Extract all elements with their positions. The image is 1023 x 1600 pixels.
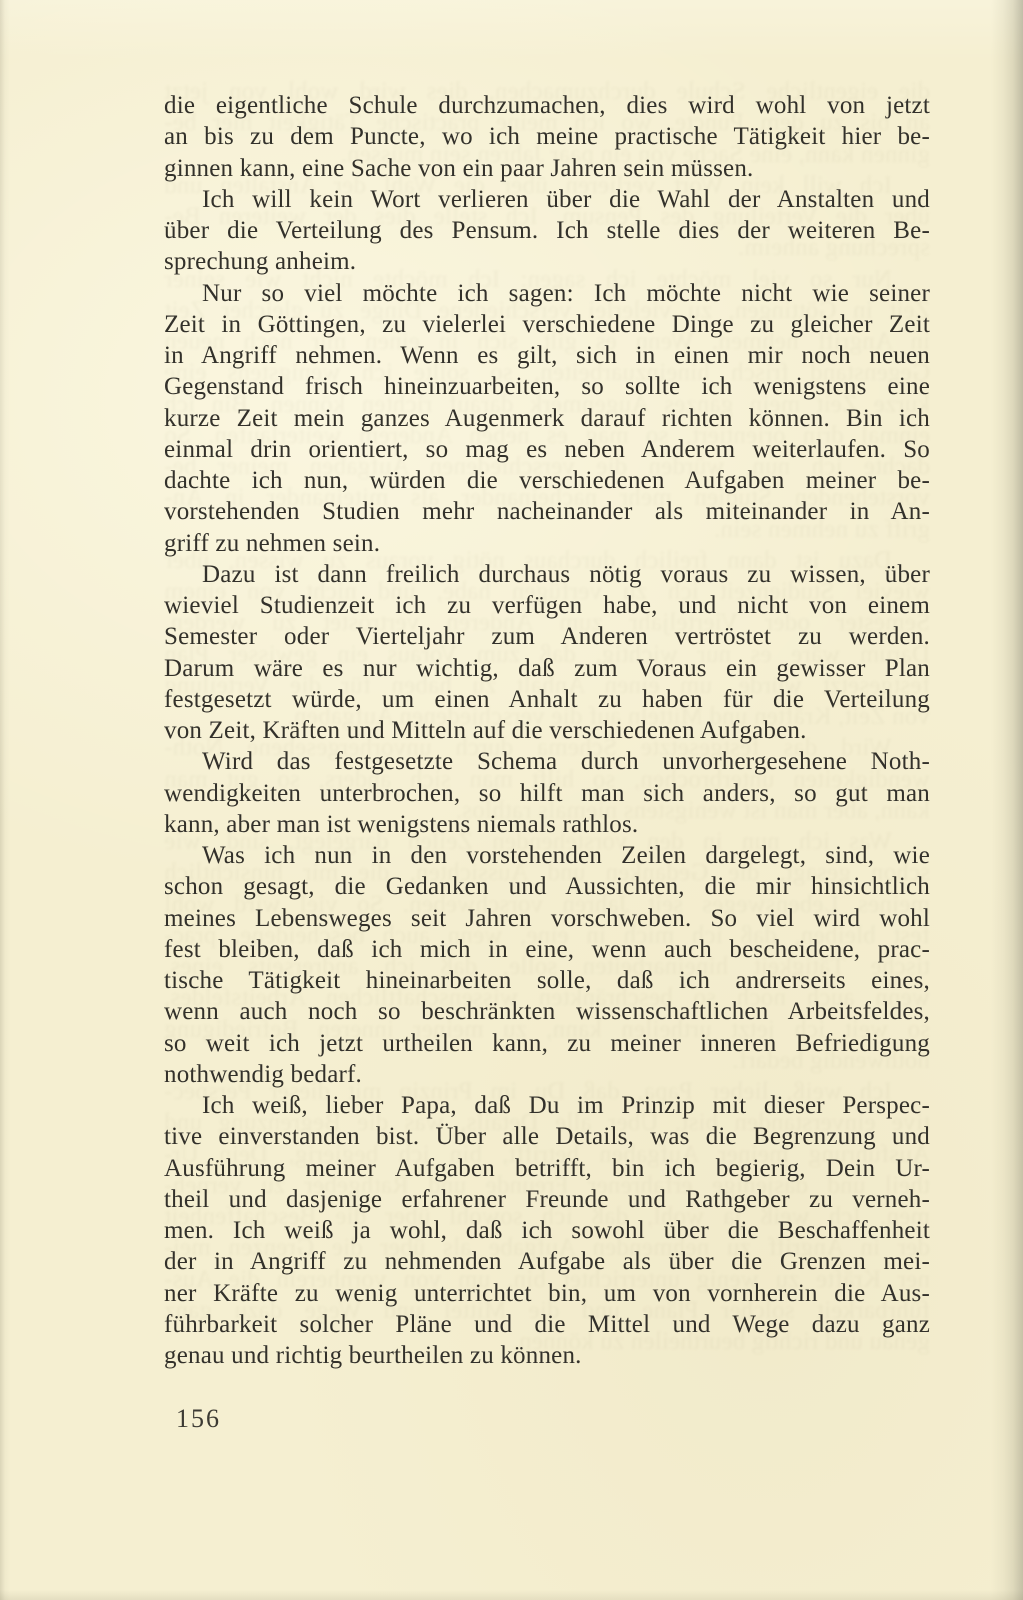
text-line: über die Verteilung des Pensum. Ich stel…	[164, 215, 930, 246]
text-line: so weit ich jetzt urtheilen kann, zu mei…	[164, 1028, 930, 1059]
text-line: führbarkeit solcher Pläne und die Mittel…	[164, 1309, 930, 1340]
text-line: festgesetzt würde, um einen Anhalt zu ha…	[164, 684, 930, 715]
text-line: ginnen kann, eine Sache von ein paar Jah…	[164, 153, 930, 184]
paragraph: die eigentliche Schule durchzumachen, di…	[164, 90, 930, 184]
text-line: meines Lebensweges seit Jahren vorschweb…	[164, 903, 930, 934]
text-line: dachte ich nun, würden die verschiedenen…	[164, 465, 930, 496]
text-line: von Zeit, Kräften und Mitteln auf die ve…	[164, 715, 930, 746]
page-number: 156	[176, 1404, 221, 1434]
text-line: genau und richtig beurtheilen zu können.	[164, 1340, 930, 1371]
text-line: Dazu ist dann freilich durchaus nötig vo…	[164, 559, 930, 590]
text-line: kann, aber man ist wenigstens niemals ra…	[164, 809, 930, 840]
paragraph: Was ich nun in den vorstehenden Zeilen d…	[164, 840, 930, 1090]
text-line: nothwendig bedarf.	[164, 1059, 930, 1090]
text-line: tische Tätigkeit hineinarbeiten solle, d…	[164, 965, 930, 996]
text-line: Zeit in Göttingen, zu vielerlei verschie…	[164, 309, 930, 340]
text-line: wieviel Studienzeit ich zu verfügen habe…	[164, 590, 930, 621]
text-line: Darum wäre es nur wichtig, daß zum Vorau…	[164, 653, 930, 684]
paragraph: Wird das festgesetzte Schema durch unvor…	[164, 746, 930, 840]
text-line: theil und dasjenige erfahrener Freunde u…	[164, 1184, 930, 1215]
text-line: in Angriff nehmen. Wenn es gilt, sich in…	[164, 340, 930, 371]
text-line: Ausführung meiner Aufgaben betrifft, bin…	[164, 1153, 930, 1184]
paragraph: Ich weiß, lieber Papa, daß Du im Prinzip…	[164, 1090, 930, 1371]
text-line: einmal drin orientiert, so mag es neben …	[164, 434, 930, 465]
text-line: Wird das festgesetzte Schema durch unvor…	[164, 746, 930, 777]
text-line: Was ich nun in den vorstehenden Zeilen d…	[164, 840, 930, 871]
text-line: vorstehenden Studien mehr nacheinander a…	[164, 496, 930, 527]
text-line: Semester oder Vierteljahr zum Anderen ve…	[164, 621, 930, 652]
text-line: kurze Zeit mein ganzes Augenmerk darauf …	[164, 403, 930, 434]
text-line: tive einverstanden bist. Über alle Detai…	[164, 1121, 930, 1152]
text-line: Nur so viel möchte ich sagen: Ich möchte…	[164, 278, 930, 309]
text-line: Gegenstand frisch hineinzuarbeiten, so s…	[164, 371, 930, 402]
paragraph: Nur so viel möchte ich sagen: Ich möchte…	[164, 278, 930, 559]
text-line: griff zu nehmen sein.	[164, 528, 930, 559]
text-line: an bis zu dem Puncte, wo ich meine pract…	[164, 121, 930, 152]
text-line: wendigkeiten unterbrochen, so hilft man …	[164, 778, 930, 809]
text-line: die eigentliche Schule durchzumachen, di…	[164, 90, 930, 121]
text-line: wenn auch noch so beschränkten wissensch…	[164, 996, 930, 1027]
text-line: men. Ich weiß ja wohl, daß ich sowohl üb…	[164, 1215, 930, 1246]
text-line: der in Angriff zu nehmenden Aufgabe als …	[164, 1246, 930, 1277]
text-line: sprechung anheim.	[164, 246, 930, 277]
paragraph: Ich will kein Wort verlieren über die Wa…	[164, 184, 930, 278]
text-line: fest bleiben, daß ich mich in eine, wenn…	[164, 934, 930, 965]
book-page: die eigentliche Schule durchzumachen, di…	[0, 0, 1023, 1600]
text-line: schon gesagt, die Gedanken und Aussichte…	[164, 871, 930, 902]
paragraph: Dazu ist dann freilich durchaus nötig vo…	[164, 559, 930, 747]
text-line: Ich weiß, lieber Papa, daß Du im Prinzip…	[164, 1090, 930, 1121]
text-line: ner Kräfte zu wenig unterrichtet bin, um…	[164, 1278, 930, 1309]
text-line: Ich will kein Wort verlieren über die Wa…	[164, 184, 930, 215]
text-block: die eigentliche Schule durchzumachen, di…	[164, 90, 930, 1371]
